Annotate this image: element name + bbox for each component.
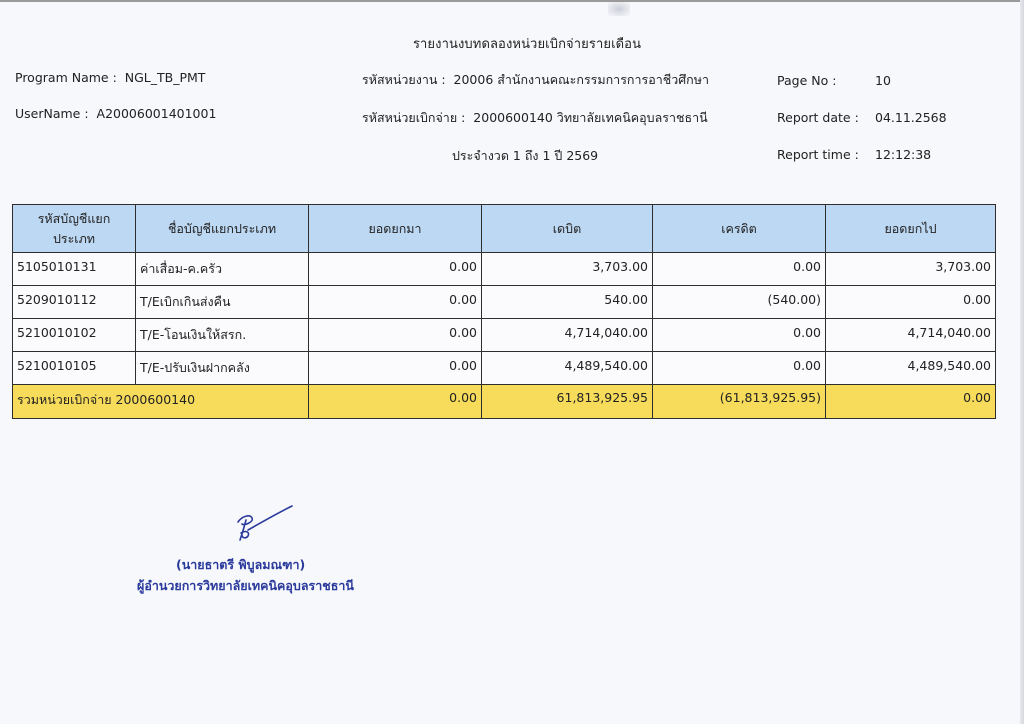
- brought-forward: 0.00: [309, 319, 482, 352]
- total-credit: (61,813,925.95): [653, 385, 826, 419]
- account-code: 5105010131: [13, 253, 136, 286]
- trial-balance-table: รหัสบัญชีแยกประเภท ชื่อบัญชีแยกประเภท ยอ…: [12, 204, 996, 419]
- report-title: รายงานงบทดลองหน่วยเบิกจ่ายรายเดือน: [0, 33, 1024, 54]
- account-code: 5209010112: [13, 286, 136, 319]
- page-number-label: Page No :: [777, 73, 875, 88]
- col-header-brought-forward: ยอดยกมา: [309, 205, 482, 253]
- scan-smudge: [608, 2, 630, 16]
- total-row: รวมหน่วยเบิกจ่าย 2000600140 0.00 61,813,…: [13, 385, 996, 419]
- total-debit: 61,813,925.95: [482, 385, 653, 419]
- username-value: A20006001401001: [97, 106, 217, 121]
- disbursement-unit: รหัสหน่วยเบิกจ่าย : 2000600140 วิทยาลัยเ…: [362, 108, 708, 128]
- program-name: Program Name : NGL_TB_PMT: [15, 70, 205, 85]
- carried-forward: 3,703.00: [826, 253, 996, 286]
- debit: 3,703.00: [482, 253, 653, 286]
- agency-code: รหัสหน่วยงาน : 20006 สำนักงานคณะกรรมการก…: [362, 70, 709, 90]
- brought-forward: 0.00: [309, 253, 482, 286]
- report-period: ประจำงวด 1 ถึง 1 ปี 2569: [452, 146, 598, 166]
- report-date-value: 04.11.2568: [875, 110, 947, 125]
- signatory-name: (นายธาตรี พิบูลมณฑา): [176, 555, 305, 575]
- account-code: 5210010102: [13, 319, 136, 352]
- handwritten-signature: [232, 500, 302, 550]
- credit: 0.00: [653, 352, 826, 385]
- report-time-value: 12:12:38: [875, 147, 931, 162]
- brought-forward: 0.00: [309, 352, 482, 385]
- total-label: รวมหน่วยเบิกจ่าย 2000600140: [13, 385, 309, 419]
- table-row: 5209010112 T/Eเบิกเกินส่งคืน 0.00 540.00…: [13, 286, 996, 319]
- report-date-label: Report date :: [777, 110, 875, 125]
- program-name-label: Program Name :: [15, 70, 121, 85]
- col-header-account-name: ชื่อบัญชีแยกประเภท: [136, 205, 309, 253]
- brought-forward: 0.00: [309, 286, 482, 319]
- disbursement-unit-label: รหัสหน่วยเบิกจ่าย :: [362, 108, 469, 128]
- agency-value: 20006 สำนักงานคณะกรรมการการอาชีวศึกษา: [454, 70, 709, 90]
- total-carried-forward: 0.00: [826, 385, 996, 419]
- col-header-debit: เดบิต: [482, 205, 653, 253]
- credit: 0.00: [653, 319, 826, 352]
- username: UserName : A20006001401001: [15, 106, 216, 121]
- account-name: T/Eเบิกเกินส่งคืน: [136, 286, 309, 319]
- carried-forward: 4,489,540.00: [826, 352, 996, 385]
- col-header-carried-forward: ยอดยกไป: [826, 205, 996, 253]
- carried-forward: 0.00: [826, 286, 996, 319]
- page-number: Page No :10: [777, 73, 891, 88]
- debit: 540.00: [482, 286, 653, 319]
- account-code: 5210010105: [13, 352, 136, 385]
- debit: 4,489,540.00: [482, 352, 653, 385]
- report-time: Report time :12:12:38: [777, 147, 931, 162]
- account-name: T/E-โอนเงินให้สรก.: [136, 319, 309, 352]
- credit: (540.00): [653, 286, 826, 319]
- account-name: T/E-ปรับเงินฝากคลัง: [136, 352, 309, 385]
- table-header-row: รหัสบัญชีแยกประเภท ชื่อบัญชีแยกประเภท ยอ…: [13, 205, 996, 253]
- agency-label: รหัสหน่วยงาน :: [362, 70, 450, 90]
- debit: 4,714,040.00: [482, 319, 653, 352]
- col-header-credit: เครดิต: [653, 205, 826, 253]
- carried-forward: 4,714,040.00: [826, 319, 996, 352]
- table-row: 5210010105 T/E-ปรับเงินฝากคลัง 0.00 4,48…: [13, 352, 996, 385]
- account-name: ค่าเสื่อม-ค.ครัว: [136, 253, 309, 286]
- username-label: UserName :: [15, 106, 93, 121]
- table-row: 5210010102 T/E-โอนเงินให้สรก. 0.00 4,714…: [13, 319, 996, 352]
- page-right-edge: [1020, 0, 1024, 724]
- table-row: 5105010131 ค่าเสื่อม-ค.ครัว 0.00 3,703.0…: [13, 253, 996, 286]
- credit: 0.00: [653, 253, 826, 286]
- page-top-edge: [0, 0, 1024, 2]
- page-number-value: 10: [875, 73, 891, 88]
- report-time-label: Report time :: [777, 147, 875, 162]
- report-date: Report date :04.11.2568: [777, 110, 947, 125]
- col-header-account-code: รหัสบัญชีแยกประเภท: [13, 205, 136, 253]
- program-name-value: NGL_TB_PMT: [125, 70, 206, 85]
- total-brought-forward: 0.00: [309, 385, 482, 419]
- disbursement-unit-value: 2000600140 วิทยาลัยเทคนิคอุบลราชธานี: [473, 108, 707, 128]
- signatory-title: ผู้อำนวยการวิทยาลัยเทคนิคอุบลราชธานี: [137, 576, 354, 596]
